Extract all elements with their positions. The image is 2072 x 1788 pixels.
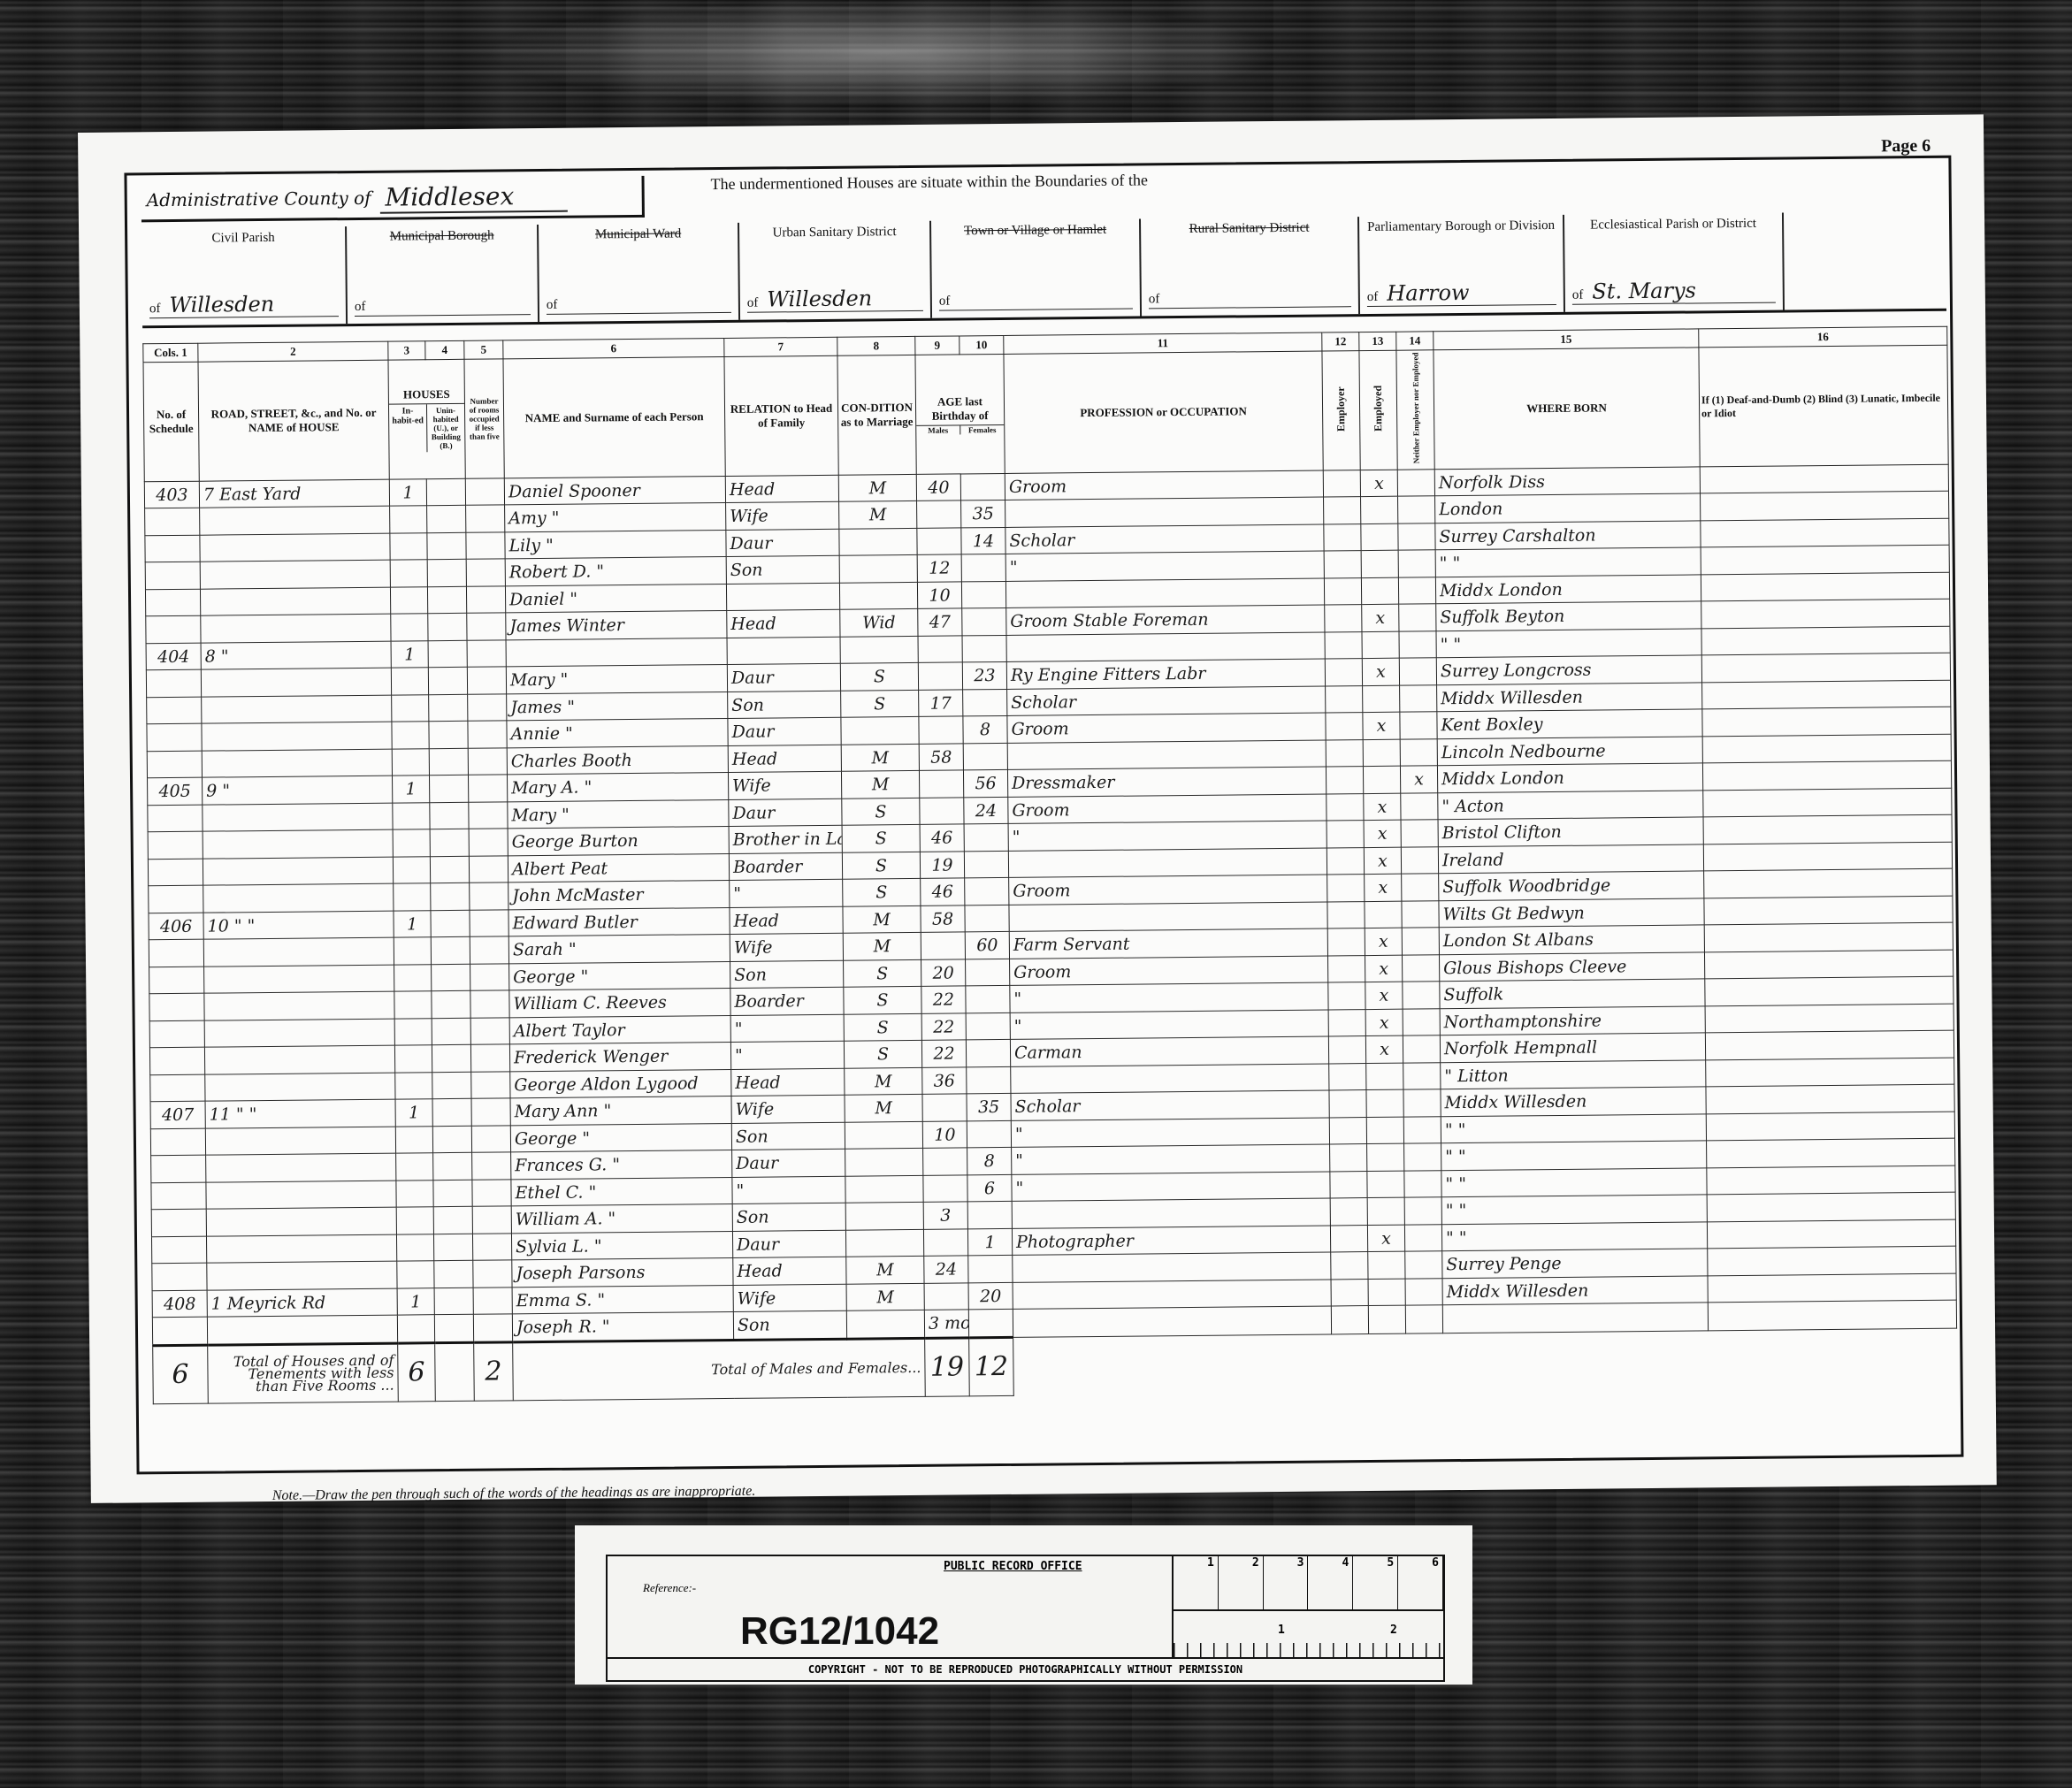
cell-neither: [1403, 982, 1440, 1009]
cell-neither: [1403, 1063, 1441, 1090]
cell-male-age: [920, 798, 964, 825]
cell-employed: [1363, 766, 1400, 793]
public-record-office-label: PUBLIC RECORD OFFICE: [944, 1560, 1082, 1573]
cell-neither: [1402, 928, 1439, 955]
cell-relation: Daur: [729, 798, 842, 827]
cell-infirmity: [1706, 1112, 1954, 1141]
cell-occupation: Scholar: [1005, 524, 1324, 554]
cell-infirmity: [1704, 922, 1953, 951]
cell-infirmity: [1707, 1219, 1955, 1249]
cell-where-born: Wilts Gt Bedwyn: [1439, 898, 1704, 928]
cell-inhabited: [394, 991, 432, 1019]
cell-relation: Wife: [731, 1095, 845, 1123]
cell-occupation: ": [1008, 821, 1327, 851]
cell-employed: [1367, 1143, 1404, 1171]
cell-occupation: [1005, 497, 1324, 527]
cell-employer: [1330, 1198, 1367, 1226]
census-form: Administrative County of Middlesex The u…: [124, 156, 1963, 1475]
cell-name: Sarah ": [508, 935, 730, 964]
census-table: Cols. 1 2 3 4 5 6 7 8 9 10 11 12 13 14: [142, 326, 1957, 1404]
cell-employed: [1361, 550, 1398, 577]
cell-inhabited: [391, 614, 428, 641]
cell-address: [203, 803, 393, 832]
cell-address: [203, 829, 393, 859]
cell-where-born: London: [1435, 493, 1701, 523]
cell-name: Mary ": [506, 665, 727, 694]
cell-address: [201, 614, 391, 643]
cell-inhabited: [394, 937, 431, 965]
cell-female-age: 20: [968, 1282, 1013, 1310]
cell-condition: [845, 1175, 923, 1203]
cell-infirmity: [1706, 1058, 1954, 1087]
cell-schedule: 405: [148, 777, 203, 805]
cell-infirmity: [1701, 626, 1950, 655]
col-num: 13: [1359, 332, 1396, 350]
cell-infirmity: [1702, 760, 1951, 790]
cell-female-age: [965, 905, 1009, 932]
cell-condition: S: [844, 1013, 921, 1041]
cell-where-born: Ireland: [1438, 844, 1703, 874]
cell-employed: x: [1365, 928, 1402, 955]
cell-uninhabited: [432, 1099, 471, 1127]
cell-inhabited: [397, 1315, 434, 1343]
col-num: 5: [464, 340, 503, 359]
cell-employed: [1363, 685, 1400, 713]
ruler-mark: 1: [1278, 1624, 1285, 1637]
cell-neither: [1399, 658, 1436, 685]
cell-uninhabited: [430, 829, 469, 857]
cell-inhabited: [395, 1126, 432, 1153]
cell-employer: [1324, 497, 1361, 524]
cell-neither: [1397, 470, 1434, 497]
total-males-females-label: Total of Males and Females...: [513, 1338, 926, 1400]
district-value: Harrow: [1387, 280, 1469, 306]
cell-female-age: 35: [967, 1094, 1011, 1121]
cell-relation: Head: [728, 745, 841, 773]
cell-relation: Daur: [728, 717, 841, 745]
cell-address: [205, 1127, 395, 1156]
cell-relation: Head: [733, 1257, 846, 1285]
cell-rooms: [466, 559, 505, 586]
cell-name: Lily ": [505, 530, 726, 559]
cell-employed: x: [1365, 1009, 1403, 1036]
cell-condition: [845, 1149, 923, 1176]
cell-condition: [845, 1203, 923, 1230]
cell-male-age: 3 months: [924, 1310, 968, 1338]
cell-where-born: Norfolk Hempnall: [1440, 1033, 1705, 1062]
cell-employer: [1331, 1306, 1368, 1334]
district-value: Willesden: [767, 286, 872, 311]
district-field-value: of: [939, 284, 1133, 311]
cell-neither: [1404, 1225, 1441, 1252]
ruler-mark: 6: [1398, 1556, 1443, 1609]
cell-female-age: 24: [964, 797, 1008, 824]
cell-male-age: 3: [923, 1202, 967, 1229]
cell-where-born: Suffolk: [1440, 979, 1705, 1008]
cell-employer: [1329, 1117, 1366, 1144]
cell-infirmity: [1706, 1084, 1954, 1113]
cell-rooms: [472, 1234, 511, 1261]
cell-male-age: 40: [916, 474, 960, 501]
cell-rooms: [466, 505, 505, 532]
cell-employed: [1363, 739, 1400, 767]
ruler-top-scale: 123456: [1174, 1556, 1443, 1611]
cell-inhabited: [390, 560, 427, 587]
cell-schedule: [146, 615, 201, 643]
total-females: 12: [969, 1337, 1014, 1395]
cell-neither: [1404, 1171, 1441, 1198]
cell-female-age: 56: [963, 770, 1007, 798]
cell-occupation: Carman: [1010, 1036, 1328, 1066]
cell-condition: M: [841, 771, 919, 798]
cell-occupation: Scholar: [1007, 686, 1326, 716]
page-number: Page 6: [1881, 136, 1931, 157]
district-field-label: Municipal Ward: [539, 226, 738, 243]
cell-rooms: [470, 1018, 509, 1045]
cell-infirmity: [1703, 842, 1952, 871]
cell-employer: [1326, 685, 1363, 713]
cell-occupation: [1005, 578, 1324, 608]
measurement-ruler: 123456 12: [1172, 1556, 1443, 1657]
cell-female-age: 8: [963, 716, 1007, 744]
cell-rooms: [470, 990, 509, 1018]
cell-schedule: [145, 562, 200, 589]
cell-infirmity: [1700, 464, 1948, 493]
scan-glare: [486, 0, 1282, 106]
cell-address: [207, 1261, 397, 1290]
cell-address: [200, 560, 390, 589]
cell-schedule: [147, 723, 202, 751]
cell-uninhabited: [428, 668, 467, 695]
cell-female-age: 14: [961, 527, 1005, 554]
cell-where-born: Norfolk Diss: [1434, 467, 1700, 496]
header-age-label: AGE last Birthday of: [916, 393, 1004, 426]
cell-male-age: 24: [924, 1256, 968, 1283]
cell-male-age: 17: [919, 690, 963, 717]
cell-employer: [1330, 1144, 1367, 1172]
cell-inhabited: [393, 829, 430, 857]
cell-inhabited: [394, 1018, 432, 1045]
header-neither: Neither Employer nor Employed: [1396, 350, 1434, 470]
cell-rooms: [473, 1314, 512, 1342]
cell-inhabited: [393, 856, 430, 883]
cell-neither: [1398, 523, 1435, 551]
cell-uninhabited: [427, 560, 466, 587]
cell-schedule: 407: [150, 1101, 205, 1128]
cell-where-born: " ": [1441, 1195, 1707, 1224]
cell-male-age: 58: [921, 905, 965, 933]
cell-name: Frances G. ": [511, 1150, 732, 1180]
cell-female-age: [966, 1012, 1010, 1040]
cell-uninhabited: [434, 1261, 473, 1288]
cell-inhabited: [394, 883, 431, 911]
cell-rooms: [472, 1206, 511, 1234]
cell-employed: [1367, 1197, 1404, 1225]
cell-where-born: Surrey Penge: [1442, 1249, 1708, 1278]
cell-occupation: ": [1012, 1172, 1330, 1202]
cell-condition: M: [841, 744, 919, 771]
cell-relation: Daur: [727, 664, 840, 692]
cell-name: Albert Peat: [508, 853, 729, 883]
cell-uninhabited: [434, 1288, 473, 1315]
cell-name: Sylvia L. ": [511, 1231, 732, 1260]
district-field-value: ofWillesden: [747, 286, 923, 313]
cell-employer: [1326, 713, 1363, 740]
cell-occupation: [1013, 1280, 1331, 1310]
totals-blank: [1013, 1328, 1958, 1395]
col-num: 3: [388, 341, 425, 360]
cell-uninhabited: [427, 532, 466, 560]
cell-neither: [1401, 793, 1438, 821]
cell-male-age: 19: [920, 852, 964, 879]
cell-uninhabited: [429, 748, 468, 776]
cell-inhabited: [391, 668, 428, 695]
district-field-value: ofSt. Marys: [1572, 278, 1776, 305]
cell-male-age: 46: [921, 878, 965, 905]
header-age: AGE last Birthday of Males Females: [915, 354, 1005, 474]
cell-employed: x: [1365, 1035, 1403, 1063]
cell-name: Emma S. ": [512, 1285, 733, 1314]
cell-schedule: [152, 1317, 207, 1345]
cell-employer: [1327, 793, 1364, 821]
cell-rooms: [468, 721, 507, 748]
cell-male-age: 46: [920, 824, 964, 852]
district-field: Civil ParishofWillesden: [141, 226, 348, 325]
cell-male-age: 47: [918, 608, 962, 636]
cell-where-born: [1442, 1303, 1708, 1333]
cell-female-age: 23: [962, 662, 1006, 690]
cell-employed: [1366, 1063, 1403, 1090]
cell-relation: Son: [733, 1310, 846, 1340]
cell-rooms: [465, 478, 504, 506]
cell-occupation: Dressmaker: [1007, 767, 1326, 797]
cell-condition: M: [846, 1283, 924, 1310]
cell-condition: S: [844, 959, 921, 987]
cell-rooms: [466, 532, 505, 560]
cell-infirmity: [1701, 491, 1949, 520]
cell-where-born: " ": [1441, 1114, 1706, 1143]
cell-employed: [1362, 631, 1399, 659]
cell-name: Edward Butler: [508, 907, 730, 936]
cell-name: Joseph Parsons: [512, 1258, 733, 1288]
cell-inhabited: [390, 532, 427, 560]
cell-address: [200, 533, 390, 562]
cell-infirmity: [1701, 653, 1950, 682]
cell-condition: [840, 636, 918, 663]
cell-infirmity: [1708, 1273, 1956, 1303]
cell-relation: Son: [726, 556, 839, 585]
cell-condition: [846, 1310, 924, 1339]
cell-neither: [1405, 1305, 1442, 1333]
cell-neither: [1401, 847, 1438, 875]
cell-where-born: Northamptonshire: [1440, 1006, 1705, 1035]
cell-neither: [1403, 1035, 1440, 1063]
cell-where-born: London St Albans: [1439, 925, 1704, 954]
cell-neither: [1403, 1009, 1440, 1036]
cell-rooms: [468, 775, 507, 802]
ruler-mark: 3: [1264, 1556, 1309, 1609]
cell-employer: [1326, 739, 1363, 767]
ruler-mark: 4: [1308, 1556, 1353, 1609]
cell-inhabited: 1: [392, 776, 429, 803]
cell-rooms: [470, 964, 509, 991]
cell-infirmity: [1708, 1300, 1956, 1330]
cell-employed: x: [1365, 955, 1402, 982]
district-field: Urban Sanitary DistrictofWillesden: [739, 221, 932, 320]
cell-condition: S: [842, 852, 920, 879]
cell-inhabited: 1: [389, 478, 426, 506]
cell-schedule: [151, 1182, 206, 1210]
cell-condition: [841, 717, 919, 745]
cell-rooms: [472, 1152, 511, 1180]
cell-address: [204, 991, 394, 1020]
header-males: Males: [916, 426, 960, 435]
cell-infirmity: [1708, 1246, 1956, 1275]
cell-rooms: [471, 1072, 510, 1099]
cell-occupation: [1013, 1306, 1331, 1337]
cell-uninhabited: [433, 1153, 472, 1181]
district-field: Ecclesiastical Parish or DistrictofSt. M…: [1564, 212, 1785, 311]
cell-female-age: [962, 608, 1006, 636]
cell-name: George ": [509, 961, 730, 990]
cell-employed: x: [1364, 820, 1401, 847]
cell-where-born: Kent Boxley: [1437, 709, 1702, 738]
header-address: ROAD, STREET, &c., and No. or NAME of HO…: [198, 360, 389, 481]
column-header-row: No. of Schedule ROAD, STREET, &c., and N…: [143, 345, 1948, 481]
cell-name: Amy ": [505, 503, 726, 532]
cell-condition: Wid: [840, 609, 918, 637]
cell-uninhabited: [431, 910, 470, 937]
cell-rooms: [467, 667, 506, 694]
header-inhabited: In-habit-ed: [389, 405, 428, 453]
cell-male-age: 22: [921, 1013, 966, 1041]
cell-infirmity: [1701, 545, 1949, 574]
header-schedule: No. of Schedule: [143, 362, 199, 481]
cell-occupation: Photographer: [1012, 1226, 1330, 1256]
cell-employer: [1331, 1279, 1368, 1306]
cell-occupation: ": [1011, 1118, 1329, 1148]
cell-relation: Head: [727, 610, 840, 638]
cell-address: [202, 695, 392, 724]
cell-employer: [1324, 577, 1361, 605]
cell-uninhabited: [432, 1072, 471, 1099]
cell-infirmity: [1703, 814, 1952, 844]
cell-infirmity: [1704, 896, 1953, 925]
cell-where-born: " ": [1441, 1222, 1707, 1251]
cell-infirmity: [1703, 788, 1952, 817]
cell-name: George Aldon Lygood: [510, 1069, 731, 1098]
col-num: 4: [425, 340, 464, 359]
cell-where-born: Lincoln Nedbourne: [1437, 737, 1702, 766]
cell-employer: [1328, 1036, 1365, 1064]
cell-rooms: [470, 1044, 509, 1072]
cell-male-age: 10: [917, 582, 961, 609]
of-label: of: [1149, 292, 1160, 306]
admin-county-value: Middlesex: [379, 180, 567, 213]
total-uninhabited: [435, 1342, 475, 1401]
cell-female-age: 35: [961, 500, 1005, 528]
cell-name: Annie ": [507, 719, 728, 748]
cell-condition: M: [846, 1257, 924, 1284]
cell-where-born: Surrey Longcross: [1436, 655, 1701, 684]
cell-inhabited: [395, 1072, 432, 1099]
cell-schedule: [151, 1209, 206, 1236]
cell-employed: [1368, 1305, 1405, 1333]
cell-male-age: [919, 716, 963, 744]
district-header-row: Civil ParishofWillesdenMunicipal Borough…: [141, 211, 1946, 329]
cell-inhabited: [390, 506, 427, 533]
cell-female-age: [968, 1256, 1013, 1283]
cell-occupation: ": [1012, 1144, 1330, 1174]
district-field-label: Urban Sanitary District: [739, 225, 929, 241]
cell-female-age: [967, 1066, 1011, 1094]
reference-slip: PUBLIC RECORD OFFICE Reference:- RG12/10…: [575, 1525, 1472, 1685]
col-num: 15: [1434, 329, 1699, 350]
district-field-value: ofWillesden: [149, 291, 339, 318]
cell-schedule: [145, 508, 200, 535]
cell-neither: [1399, 631, 1436, 659]
ruler-mark: 1: [1174, 1556, 1219, 1609]
cell-uninhabited: [429, 694, 468, 722]
cell-uninhabited: [433, 1234, 472, 1261]
col-num: Cols. 1: [143, 343, 198, 363]
cell-employer: [1327, 847, 1364, 875]
cell-rooms: [470, 910, 508, 937]
cell-relation: Son: [731, 1122, 845, 1150]
cell-uninhabited: [428, 614, 467, 641]
cell-name: James Winter: [506, 611, 727, 640]
cell-employed: [1361, 523, 1398, 551]
cell-relation: Wife: [733, 1284, 846, 1312]
census-rows: 4037 East Yard1Daniel SpoonerHeadM40Groo…: [144, 464, 1956, 1346]
cell-condition: [839, 582, 917, 609]
cell-male-age: 58: [919, 744, 963, 771]
cell-address: [206, 1153, 396, 1182]
total-males: 19: [925, 1338, 970, 1396]
cell-schedule: [148, 831, 203, 859]
cell-inhabited: 1: [395, 1099, 432, 1127]
header-name: NAME and Surname of each Person: [503, 356, 725, 478]
cell-female-age: [966, 959, 1010, 986]
cell-infirmity: [1702, 680, 1951, 709]
cell-inhabited: [392, 748, 429, 776]
cell-where-born: Surrey Carshalton: [1435, 521, 1701, 550]
cell-employed: [1366, 1089, 1403, 1117]
cell-address: [204, 1019, 394, 1048]
cell-schedule: 406: [149, 913, 203, 940]
cell-rooms: [471, 1098, 510, 1126]
cell-address: [206, 1181, 396, 1210]
cell-inhabited: [396, 1180, 433, 1207]
cell-neither: [1405, 1278, 1442, 1305]
cell-condition: S: [842, 825, 920, 852]
cell-employed: x: [1367, 1225, 1404, 1252]
cell-condition: M: [843, 905, 921, 933]
cell-employer: [1327, 875, 1365, 902]
cell-rooms: [467, 640, 506, 668]
cell-female-age: 8: [967, 1148, 1012, 1175]
cell-occupation: Groom: [1008, 794, 1327, 824]
cell-where-born: Glous Bishops Cleeve: [1439, 952, 1704, 982]
cell-name: William C. Reeves: [509, 989, 730, 1018]
cell-employer: [1326, 767, 1363, 794]
cell-condition: M: [845, 1095, 922, 1122]
cell-employed: [1368, 1279, 1405, 1306]
cell-employed: x: [1360, 470, 1397, 497]
cell-employer: [1330, 1225, 1367, 1252]
header-employer-text: Employer: [1334, 386, 1348, 432]
cell-relation: ": [730, 1014, 844, 1043]
